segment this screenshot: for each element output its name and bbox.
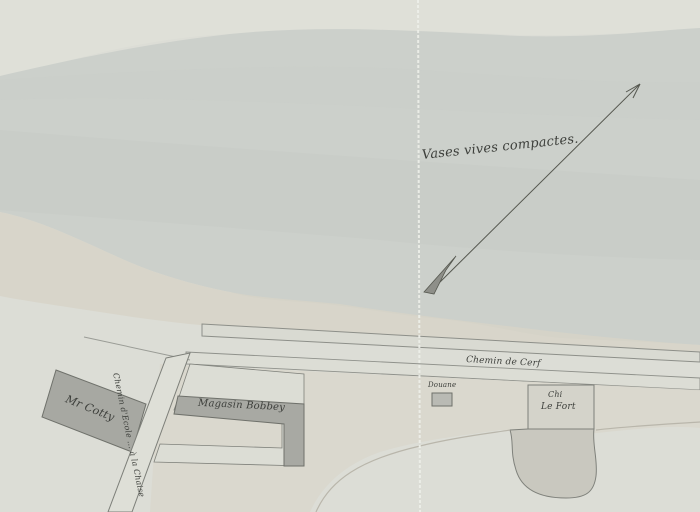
douane-label: Douane bbox=[428, 381, 456, 389]
douane-building bbox=[432, 393, 452, 406]
map-canvas bbox=[0, 0, 700, 512]
chateau-label-line1: Chi bbox=[548, 390, 562, 399]
chateau-label-line2: Le Fort bbox=[541, 402, 576, 412]
